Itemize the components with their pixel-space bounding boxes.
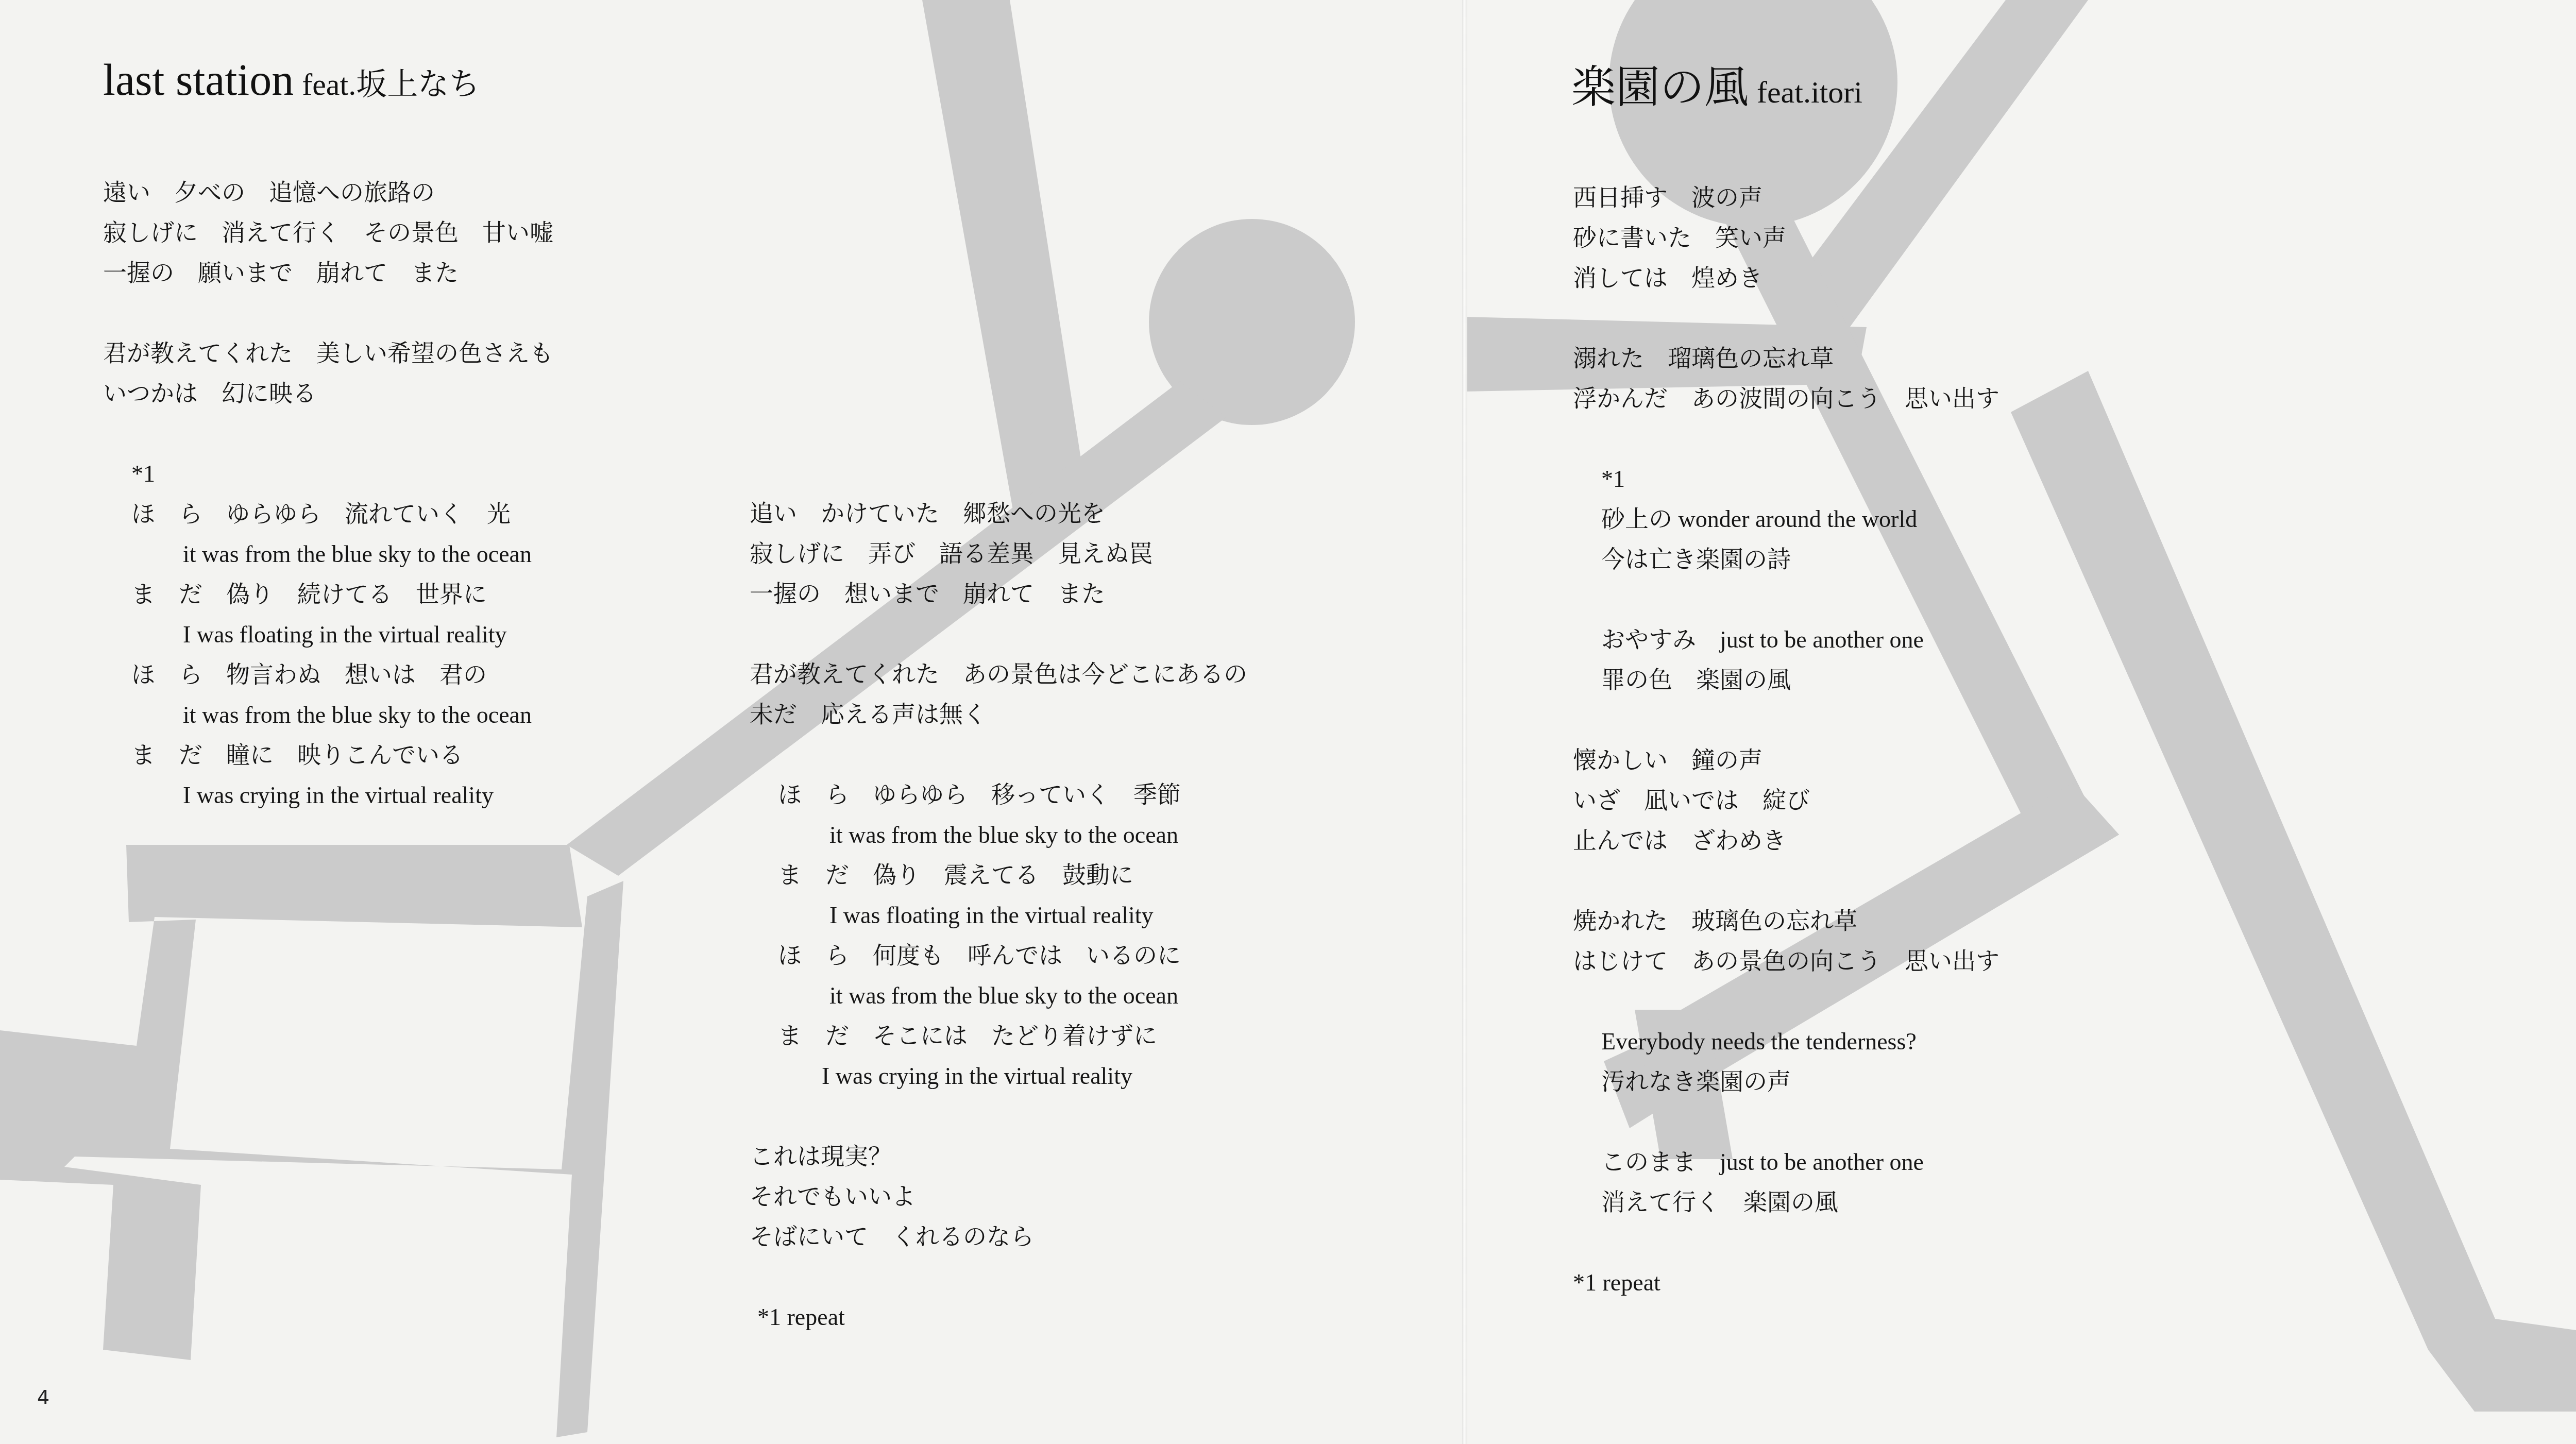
lyric-line: これは現実？	[750, 1136, 1247, 1177]
lyric-line: 西日挿す 波の声	[1573, 178, 1999, 218]
song-title-main: 楽園の風	[1571, 63, 1749, 112]
lyric-line: ま だ 偽り 震えてる 鼓動に	[750, 855, 1247, 895]
lyric-line: 追い かけていた 郷愁への光を	[750, 494, 1247, 534]
lyrics-column-2: 追い かけていた 郷愁への光を寂しげに 弄び 語る差異 見えぬ罠一握の 想いまで…	[750, 494, 1247, 1337]
lyric-line: 砂に書いた 笑い声	[1573, 218, 1999, 258]
lyrics-column-1: 遠い 夕べの 追憶への旅路の寂しげに 消えて行く その景色 甘い嘘一握の 願いま…	[103, 173, 553, 816]
lyrics-column-1: 西日挿す 波の声砂に書いた 笑い声消しては 煌めき溺れた 瑠璃色の忘れ草浮かんだ…	[1573, 178, 1999, 1303]
lyric-line: 君が教えてくれた あの景色は今どこにあるの	[750, 654, 1247, 694]
lyric-line: ほ ら 物言わぬ 想いは 君の	[103, 655, 553, 695]
stanza-gap	[1573, 580, 1999, 620]
song-title-rakuen-no-kaze: 楽園の風feat.itori	[1571, 52, 1862, 115]
lyric-line: ほ ら ゆらゆら 移っていく 季節	[750, 775, 1247, 815]
stanza-gap	[1573, 981, 1999, 1022]
lyric-line: 汚れなき楽園の声	[1573, 1062, 1999, 1102]
lyric-line: ま だ 瞳に 映りこんでいる	[103, 735, 553, 775]
book-gutter	[1462, 0, 1467, 1444]
stanza-gap	[103, 293, 553, 333]
lyric-line: 砂上の wonder around the world	[1573, 499, 1999, 539]
lyric-line: *1 repeat	[750, 1297, 1247, 1337]
song-title-main: last station	[103, 55, 294, 105]
stanza-gap	[1573, 1222, 1999, 1263]
lyric-line: 寂しげに 消えて行く その景色 甘い嘘	[103, 213, 553, 253]
stanza-gap	[1573, 861, 1999, 901]
lyric-line: ま だ 偽り 続けてる 世界に	[103, 574, 553, 615]
lyric-line: it was from the blue sky to the ocean	[103, 695, 553, 735]
stanza-gap	[750, 735, 1247, 775]
lyric-line: *1	[1573, 459, 1999, 499]
page-left: last stationfeat.坂上なち 遠い 夕べの 追憶への旅路の寂しげに…	[0, 0, 1465, 1444]
lyric-line: 一握の 想いまで 崩れて また	[750, 574, 1247, 614]
stanza-gap	[1573, 298, 1999, 338]
page-right: 楽園の風feat.itori 西日挿す 波の声砂に書いた 笑い声消しては 煌めき…	[1465, 0, 2576, 1444]
lyric-line: 寂しげに 弄び 語る差異 見えぬ罠	[750, 534, 1247, 574]
lyric-line: このまま just to be another one	[1573, 1142, 1999, 1182]
stanza-gap	[1573, 700, 1999, 740]
lyric-line: *1 repeat	[1573, 1263, 1999, 1303]
lyric-line: おやすみ just to be another one	[1573, 620, 1999, 660]
lyric-line: 一握の 願いまで 崩れて また	[103, 253, 553, 293]
stanza-gap	[1573, 1102, 1999, 1142]
lyric-line: I was floating in the virtual reality	[750, 895, 1247, 936]
lyric-line: 罪の色 楽園の風	[1573, 660, 1999, 700]
stanza-gap	[103, 414, 553, 454]
lyric-line: ほ ら 何度も 呼んでは いるのに	[750, 936, 1247, 976]
lyric-line: それでもいいよ	[750, 1177, 1247, 1217]
lyric-line: 消しては 煌めき	[1573, 258, 1999, 298]
lyric-line: 溺れた 瑠璃色の忘れ草	[1573, 338, 1999, 379]
lyric-line: Everybody needs the tenderness?	[1573, 1022, 1999, 1062]
booklet-spread: last stationfeat.坂上なち 遠い 夕べの 追憶への旅路の寂しげに…	[0, 0, 2576, 1444]
song-title-last-station: last stationfeat.坂上なち	[103, 54, 480, 106]
lyric-line: 未だ 応える声は無く	[750, 694, 1247, 735]
lyric-line: I was crying in the virtual reality	[103, 775, 553, 816]
lyric-line: 焼かれた 玻璃色の忘れ草	[1573, 901, 1999, 941]
lyric-line: 浮かんだ あの波間の向こう 思い出す	[1573, 379, 1999, 419]
lyric-line: I was floating in the virtual reality	[103, 615, 553, 655]
lyric-line: it was from the blue sky to the ocean	[103, 534, 553, 574]
page-number: 4	[37, 1386, 49, 1408]
lyric-line: it was from the blue sky to the ocean	[750, 976, 1247, 1016]
lyric-line: いざ 凪いでは 綻び	[1573, 780, 1999, 821]
stanza-gap	[1573, 419, 1999, 459]
lyric-line: 消えて行く 楽園の風	[1573, 1182, 1999, 1222]
lyric-line: 止んでは ざわめき	[1573, 821, 1999, 861]
lyric-line: ほ ら ゆらゆら 流れていく 光	[103, 494, 553, 534]
stanza-gap	[750, 614, 1247, 654]
lyric-line: そばにいて くれるのなら	[750, 1217, 1247, 1257]
lyric-line: 遠い 夕べの 追憶への旅路の	[103, 173, 553, 213]
lyric-line: 懐かしい 鐘の声	[1573, 740, 1999, 780]
lyric-line: ま だ そこには たどり着けずに	[750, 1016, 1247, 1056]
lyric-line: 君が教えてくれた 美しい希望の色さえも	[103, 333, 553, 373]
lyric-line: *1	[103, 454, 553, 494]
lyric-line: it was from the blue sky to the ocean	[750, 815, 1247, 855]
stanza-gap	[750, 1257, 1247, 1297]
song-title-feat: feat.坂上なち	[302, 67, 480, 101]
lyric-line: 今は亡き楽園の詩	[1573, 539, 1999, 580]
song-title-feat: feat.itori	[1757, 75, 1862, 109]
lyric-line: いつかは 幻に映る	[103, 373, 553, 414]
stanza-gap	[750, 1096, 1247, 1136]
lyric-line: I was crying in the virtual reality	[750, 1056, 1247, 1096]
lyric-line: はじけて あの景色の向こう 思い出す	[1573, 941, 1999, 981]
